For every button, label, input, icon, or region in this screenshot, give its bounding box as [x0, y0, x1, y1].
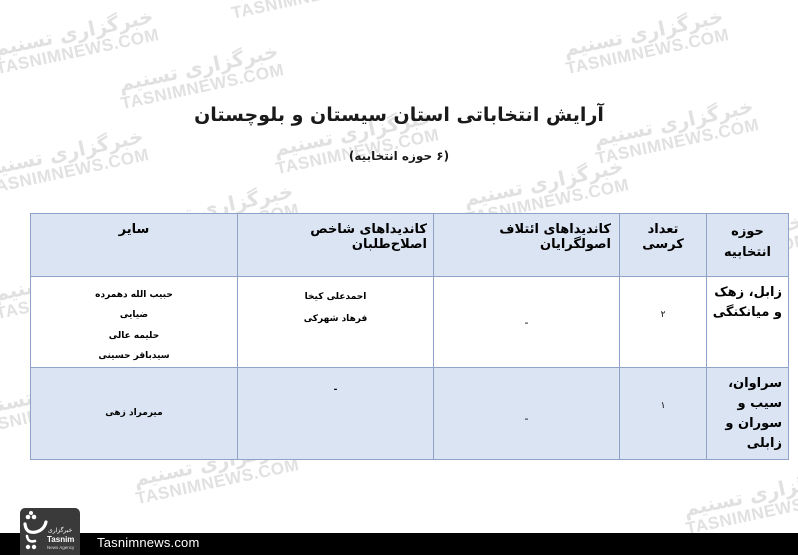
logo-text-en: Tasnim — [47, 535, 74, 544]
candidate-name: فرهاد شهرکی — [238, 309, 433, 331]
header-principlist: کاندیداهای ائتلاف اصولگرایان — [434, 214, 620, 277]
cell-district: سراوان، سیب و سوران و زابلی — [707, 368, 789, 460]
logo-subtext: News Agency — [47, 545, 74, 550]
tasnim-logo: خبرگزاری Tasnim News Agency — [20, 508, 80, 555]
candidate-name: احمدعلی کیخا — [238, 287, 433, 309]
tasnim-calligraphy-icon — [22, 510, 50, 552]
cell-reformist: - — [238, 368, 434, 460]
document-subtitle: (۶ حوزه انتخابیه) — [0, 149, 798, 163]
watermark: خبرگزاری تسنیمTASNIMNEWS.COM — [0, 5, 161, 78]
candidate-name: سیدباقر حسینی — [31, 346, 237, 366]
document-title: آرایش انتخاباتی استان سیستان و بلوچستان — [0, 104, 798, 126]
header-reformist: کاندیداهای شاخص اصلاح‌طلبان — [238, 214, 434, 277]
candidate-name: - — [238, 380, 433, 402]
candidates-table: حوزه انتخابیه تعداد کرسی کاندیداهای ائتل… — [30, 213, 789, 460]
table-row: زابل، زهک و میانکنگی ۲ - احمدعلی کیخا فر… — [31, 277, 789, 368]
cell-other: میرمراد زهی — [31, 368, 238, 460]
header-district: حوزه انتخابیه — [707, 214, 789, 277]
watermark: خبرگزاری تسنیمTASNIMNEWS.COM — [560, 5, 731, 78]
cell-reformist: احمدعلی کیخا فرهاد شهرکی — [238, 277, 434, 368]
footer-url: Tasnimnews.com — [97, 535, 200, 550]
footer-bar: Tasnimnews.com — [0, 533, 798, 555]
header-other: سایر — [31, 214, 238, 277]
table-row: سراوان، سیب و سوران و زابلی ۱ - - میرمرا… — [31, 368, 789, 460]
candidate-name: ضیایی — [31, 305, 237, 325]
cell-seats: ۲ — [620, 277, 707, 368]
table-header-row: حوزه انتخابیه تعداد کرسی کاندیداهای ائتل… — [31, 214, 789, 277]
candidate-name: حبیب الله دهمرده — [31, 285, 237, 305]
cell-principlist: - — [434, 368, 620, 460]
cell-seats: ۱ — [620, 368, 707, 460]
logo-text-fa: خبرگزاری — [48, 527, 72, 534]
election-table: حوزه انتخابیه تعداد کرسی کاندیداهای ائتل… — [30, 213, 788, 460]
cell-principlist: - — [434, 277, 620, 368]
candidate-name: حلیمه عالی — [31, 326, 237, 346]
watermark: خبرگزاری تسنیمTASNIMNEWS.COM — [680, 465, 798, 538]
cell-other: حبیب الله دهمرده ضیایی حلیمه عالی سیدباق… — [31, 277, 238, 368]
watermark: TASNIMNEWS.COM — [230, 0, 396, 22]
watermark: خبرگزاری تسنیمTASNIMNEWS.COM — [115, 40, 286, 113]
cell-district: زابل، زهک و میانکنگی — [707, 277, 789, 368]
candidate-name: میرمراد زهی — [31, 403, 237, 423]
header-seats: تعداد کرسی — [620, 214, 707, 277]
